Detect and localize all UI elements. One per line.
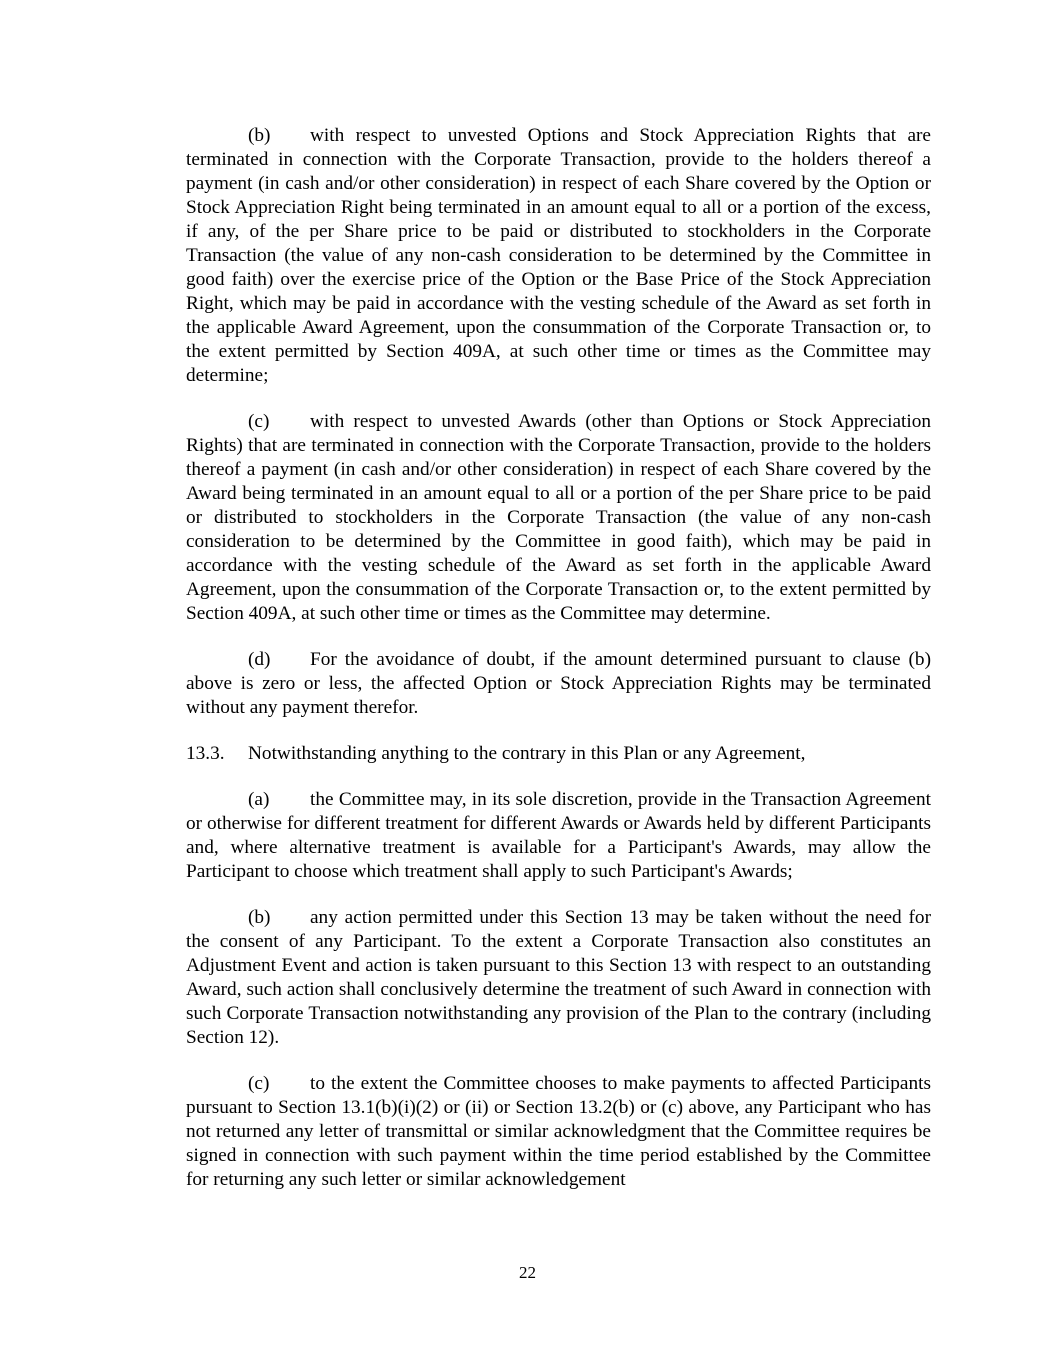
clause-label: (c) [248, 1072, 310, 1096]
page-number: 22 [0, 1263, 1055, 1283]
paragraph-13-2-b: (b)with respect to unvested Options and … [186, 124, 931, 388]
paragraph-13-3-a: (a)the Committee may, in its sole discre… [186, 788, 931, 884]
section-13-3-heading: 13.3.Notwithstanding anything to the con… [186, 742, 931, 766]
clause-label: (a) [248, 788, 310, 812]
clause-text: with respect to unvested Options and Sto… [186, 125, 931, 386]
section-text: Notwithstanding anything to the contrary… [248, 743, 805, 764]
section-label: 13.3. [186, 742, 248, 766]
paragraph-13-2-c: (c)with respect to unvested Awards (othe… [186, 410, 931, 626]
clause-text: with respect to unvested Awards (other t… [186, 411, 931, 624]
document-page: (b)with respect to unvested Options and … [186, 124, 931, 1214]
clause-label: (b) [248, 124, 310, 148]
paragraph-13-2-d: (d)For the avoidance of doubt, if the am… [186, 648, 931, 720]
clause-label: (b) [248, 906, 310, 930]
clause-label: (c) [248, 410, 310, 434]
clause-label: (d) [248, 648, 310, 672]
paragraph-13-3-c: (c)to the extent the Committee chooses t… [186, 1072, 931, 1192]
paragraph-13-3-b: (b)any action permitted under this Secti… [186, 906, 931, 1050]
